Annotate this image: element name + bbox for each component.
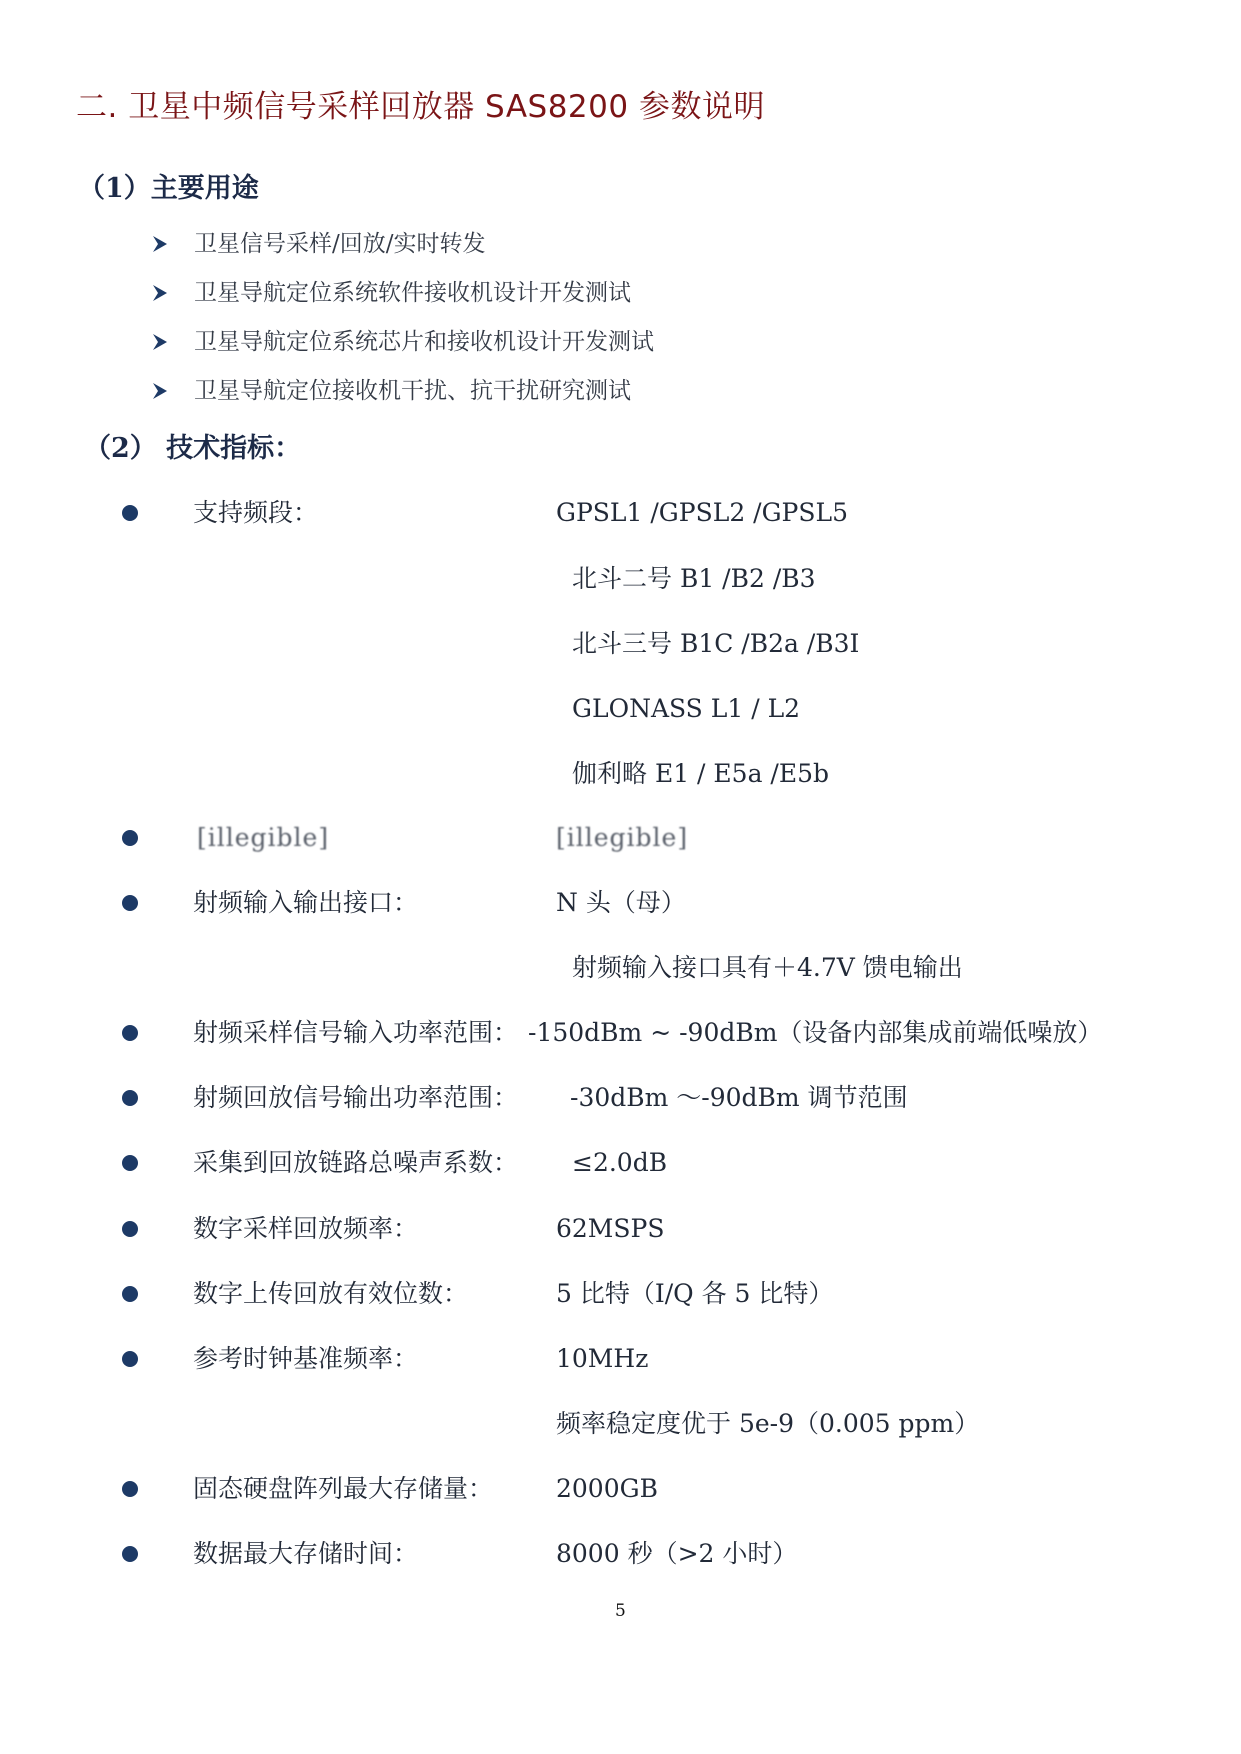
spec-value: GLONASS L1 / L2 [572,693,800,725]
spec-label: 射频回放信号输出功率范围： [193,1082,518,1114]
spec-value: N 头（母） [556,887,686,919]
spec-value: GPSL1 /GPSL2 /GPSL5 [556,497,848,529]
page-title: 二. 卫星中频信号采样回放器 SAS8200 参数说明 [76,88,765,126]
bullet-dot-icon [122,1286,138,1302]
spec-label: [illegible] [197,822,329,854]
spec-label: 参考时钟基准频率： [193,1343,418,1375]
spec-value: 北斗二号 B1 /B2 /B3 [572,563,816,595]
section-heading-specs: （2） 技术指标： [84,432,301,466]
spec-value: 62MSPS [556,1213,664,1245]
bullet-dot-icon [122,1090,138,1106]
arrow-bullet-icon [153,383,167,399]
spec-label: 数字采样回放频率： [193,1213,418,1245]
spec-label: 数字上传回放有效位数： [193,1278,468,1310]
bullet-dot-icon [122,1481,138,1497]
spec-value: 北斗三号 B1C /B2a /B3I [572,628,859,660]
bullet-dot-icon [122,505,138,521]
bullet-dot-icon [122,895,138,911]
usage-item: 卫星导航定位系统芯片和接收机设计开发测试 [194,327,654,357]
spec-label: 射频采样信号输入功率范围： [193,1017,518,1049]
bullet-dot-icon [122,1221,138,1237]
spec-label: 采集到回放链路总噪声系数： [193,1147,518,1179]
usage-item: 卫星信号采样/回放/实时转发 [194,229,486,259]
arrow-bullet-icon [153,236,167,252]
bullet-dot-icon [122,1155,138,1171]
spec-value: 10MHz [556,1343,648,1375]
spec-label: 数据最大存储时间： [193,1538,418,1570]
spec-label: 射频输入输出接口： [193,887,418,919]
bullet-dot-icon [122,830,138,846]
bullet-dot-icon [122,1025,138,1041]
arrow-bullet-icon [153,285,167,301]
spec-value: 5 比特（I/Q 各 5 比特） [556,1278,833,1310]
bullet-dot-icon [122,1351,138,1367]
usage-item: 卫星导航定位系统软件接收机设计开发测试 [194,278,631,308]
spec-value: 频率稳定度优于 5e-9（0.005 ppm） [556,1408,979,1440]
spec-value: ≤2.0dB [572,1147,667,1179]
spec-label: 固态硬盘阵列最大存储量： [193,1473,493,1505]
bullet-dot-icon [122,1546,138,1562]
usage-item: 卫星导航定位接收机干扰、抗干扰研究测试 [194,376,631,406]
spec-value: 8000 秒（>2 小时） [556,1538,797,1570]
spec-value: [illegible] [556,822,688,854]
page-number: 5 [615,1601,626,1621]
spec-value: -150dBm ~ -90dBm（设备内部集成前端低噪放） [528,1017,1102,1049]
arrow-bullet-icon [153,334,167,350]
spec-label: 支持频段： [193,497,318,529]
spec-value: 伽利略 E1 / E5a /E5b [572,758,829,790]
spec-value: -30dBm ～-90dBm 调节范围 [570,1082,908,1114]
spec-value: 2000GB [556,1473,658,1505]
spec-value: 射频输入接口具有＋4.7V 馈电输出 [572,952,963,984]
section-heading-usage: （1）主要用途 [78,172,259,206]
